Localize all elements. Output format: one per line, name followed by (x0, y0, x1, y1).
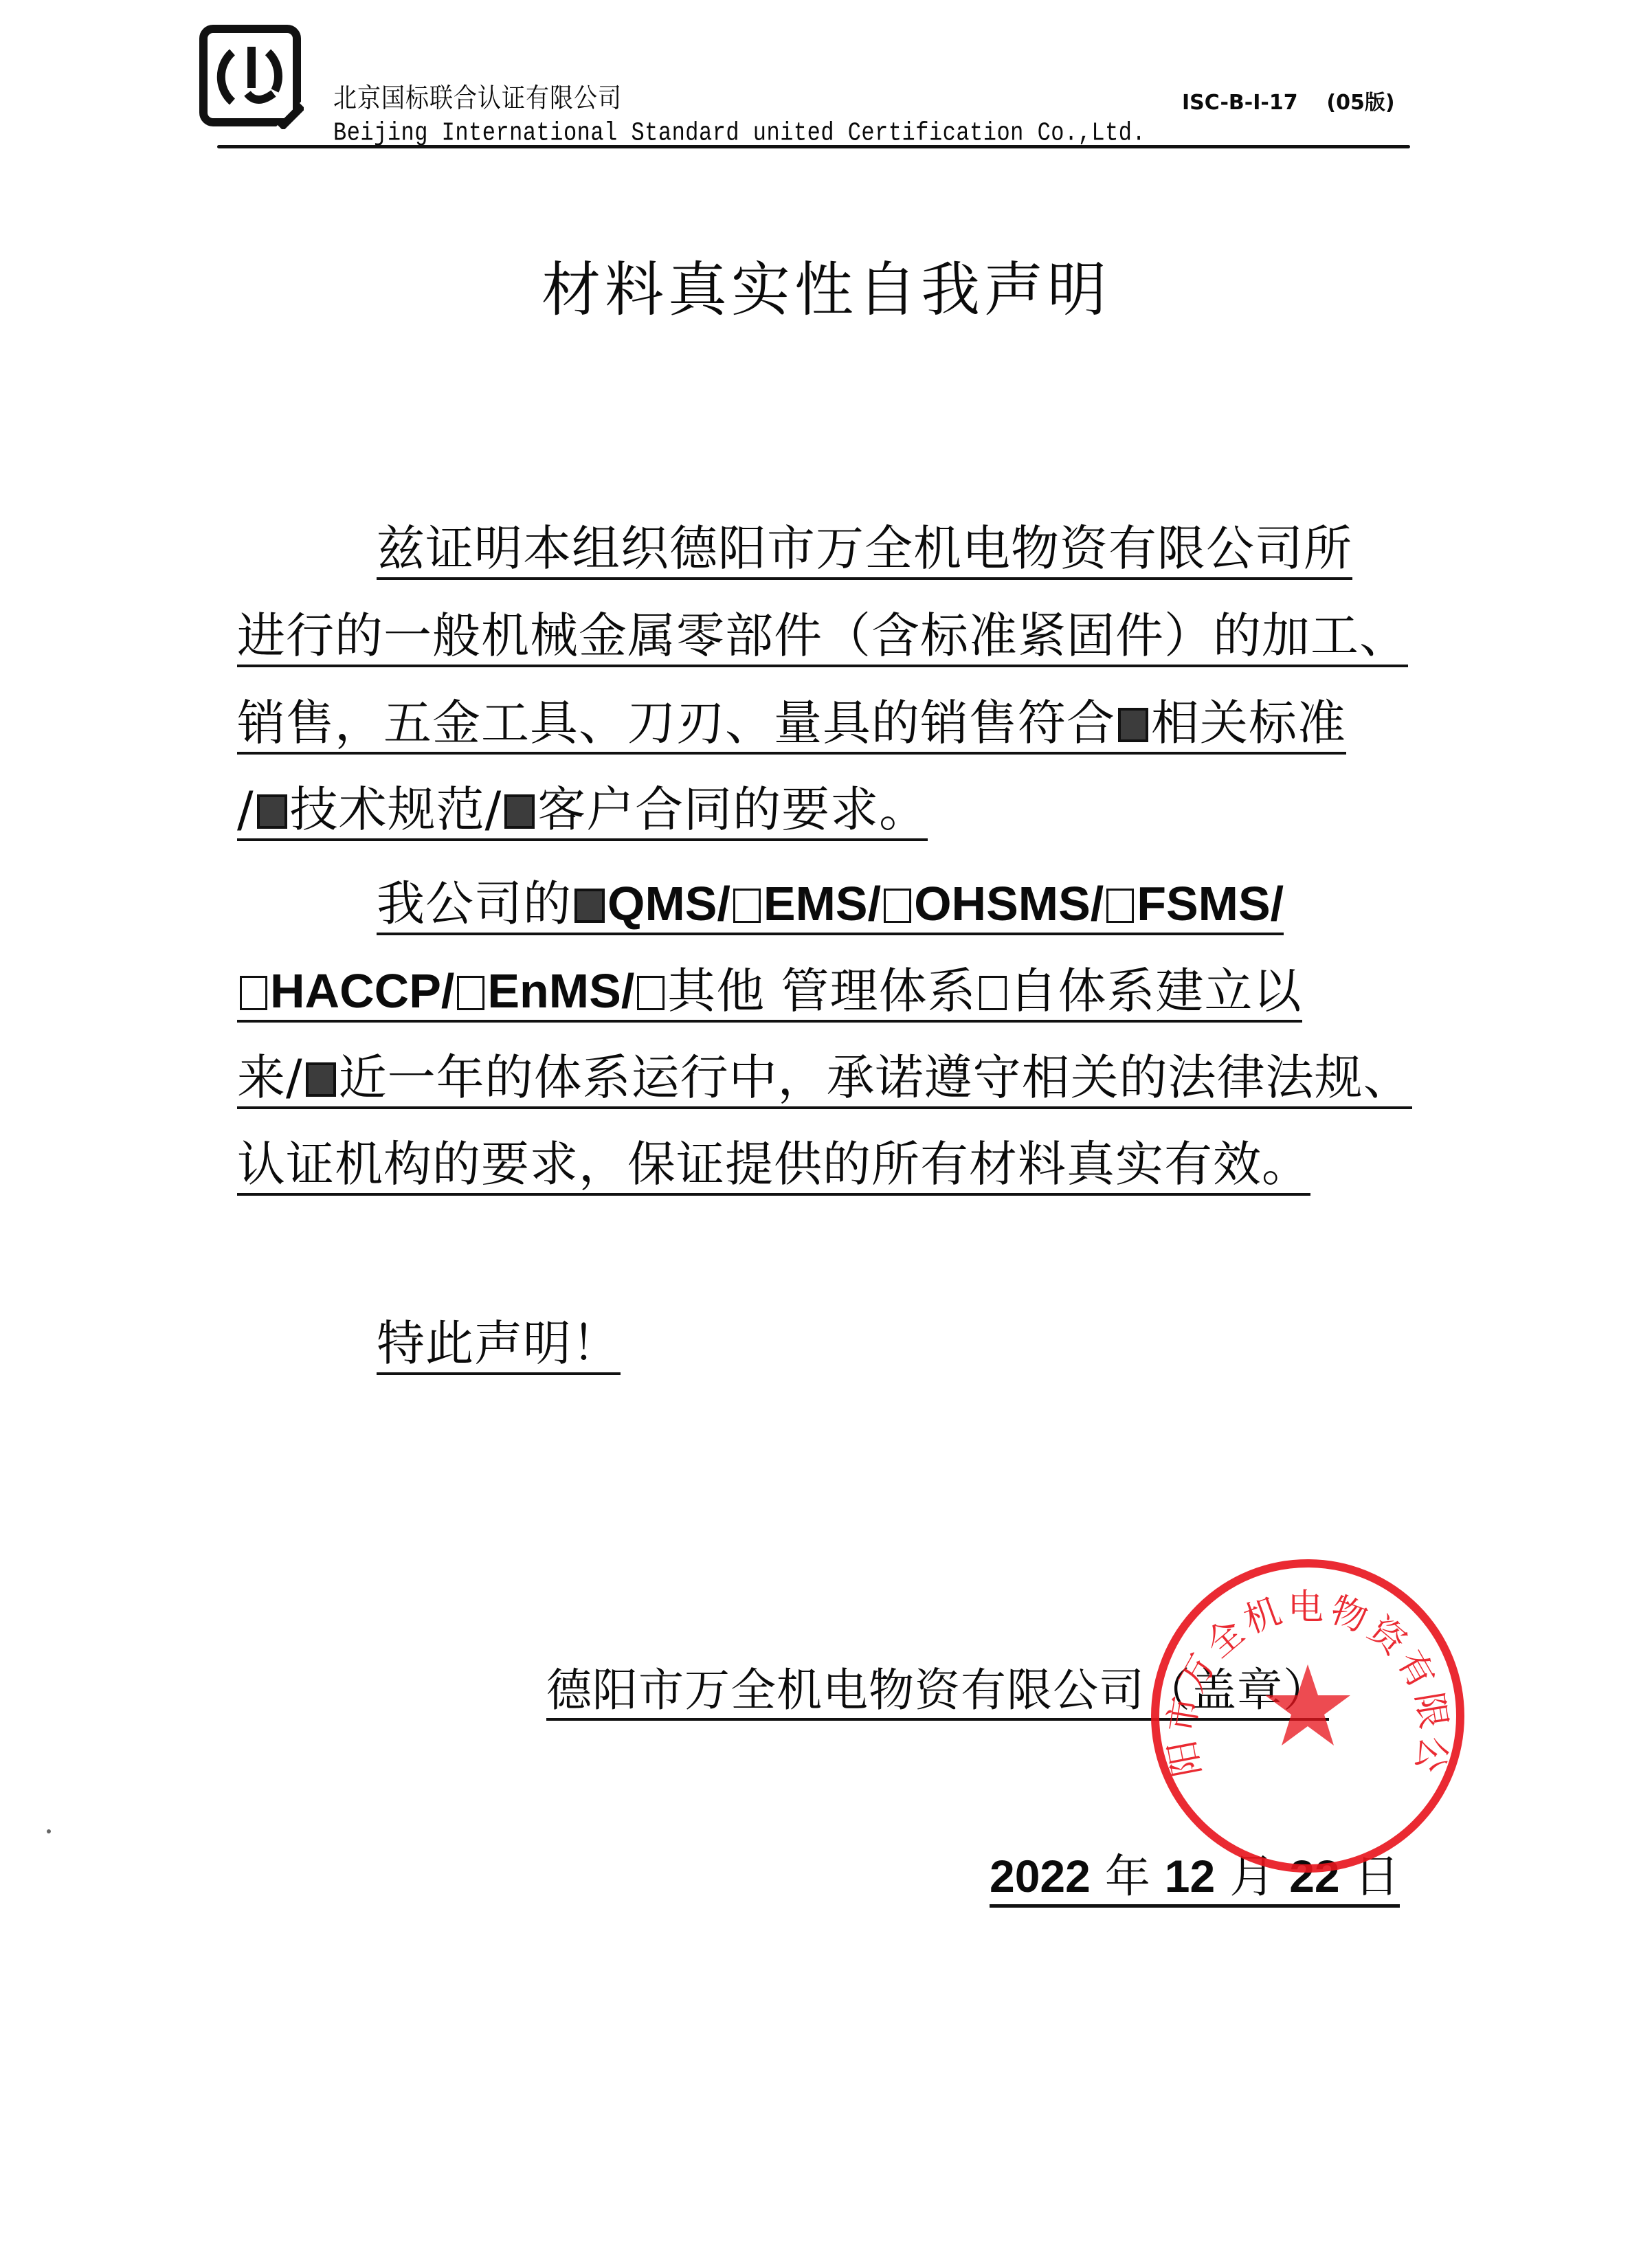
ems-label: EMS (763, 877, 868, 930)
technical-spec-label: 技术规范/ (290, 781, 502, 838)
checkbox-last-year[interactable] (306, 1062, 336, 1097)
management-system-label: 管理体系 (765, 963, 976, 1019)
ohsms-label: OHSMS (914, 877, 1091, 930)
bisc-logo-icon (199, 25, 304, 129)
other-label: 其他 (667, 963, 765, 1019)
slash-separator: / (1271, 877, 1284, 930)
checkbox-qms[interactable] (574, 889, 605, 923)
checkbox-related-standards[interactable] (1118, 708, 1148, 742)
date-day: 22 (1289, 1851, 1339, 1901)
doc-version: (05版) (1326, 91, 1394, 115)
related-standards-label: 相关标准 (1151, 695, 1346, 751)
checkbox-fsms[interactable] (1106, 889, 1134, 923)
date-month: 12 (1165, 1851, 1215, 1901)
date-year: 2022 (990, 1851, 1091, 1901)
signing-date: 2022 年 12 月 22 日 (990, 1849, 1400, 1908)
enms-label: EnMS (487, 964, 621, 1018)
checkbox-customer-contract[interactable] (504, 794, 535, 829)
slash-separator: / (1091, 877, 1104, 930)
checkbox-ems[interactable] (733, 889, 761, 923)
fsms-label: FSMS (1137, 877, 1270, 930)
org-name-cn: 北京国标联合认证有限公司 (333, 76, 622, 115)
letterhead: 北京国标联合认证有限公司 Beijing International Stand… (199, 25, 1416, 148)
checkbox-since-establishment[interactable] (979, 976, 1007, 1010)
doc-code-text: ISC-B-I-17 (1182, 91, 1298, 115)
customer-contract-label: 客户合同的要求。 (537, 781, 928, 838)
qms-label: QMS (607, 877, 717, 930)
para1-line3-text: 销售，五金工具、刀刃、量具的销售符合 (237, 695, 1115, 751)
para2-line2: HACCP/EnMS/其他 管理体系自体系建立以 (237, 963, 1302, 1023)
slash-separator: / (621, 964, 634, 1018)
slash-separator: / (441, 964, 454, 1018)
para2-line3: 来/近一年的体系运行中，承诺遵守相关的法律法规、 (237, 1050, 1412, 1109)
checkbox-enms[interactable] (457, 976, 484, 1010)
slash-separator: / (868, 877, 881, 930)
since-establishment-tail: 来/ (237, 1049, 303, 1106)
date-day-unit: 日 (1354, 1850, 1400, 1903)
slash-separator: / (717, 877, 730, 930)
header-divider (217, 145, 1410, 148)
para1-line4: /技术规范/客户合同的要求。 (237, 782, 928, 841)
document-title: 材料真实性自我声明 (0, 242, 1652, 327)
date-year-unit: 年 (1105, 1850, 1150, 1903)
para2-line1: 我公司的QMS/EMS/OHSMS/FSMS/ (377, 876, 1284, 935)
document-code: ISC-B-I-17 (05版) (1182, 85, 1416, 115)
para2-prefix: 我公司的 (377, 875, 572, 932)
checkbox-ohsms[interactable] (884, 889, 911, 923)
checkbox-other[interactable] (637, 976, 665, 1010)
para1-line2: 进行的一般机械金属零部件（含标准紧固件）的加工、 (237, 608, 1408, 667)
checkbox-haccp[interactable] (240, 976, 267, 1010)
para1-line3: 销售，五金工具、刀刃、量具的销售符合相关标准 (237, 695, 1346, 755)
date-month-unit: 月 (1229, 1850, 1275, 1903)
para2-line4: 认证机构的要求，保证提供的所有材料真实有效。 (237, 1137, 1310, 1196)
closing-statement: 特此声明！ (377, 1316, 621, 1375)
slash-separator: / (237, 781, 254, 838)
since-establishment-label: 自体系建立以 (1009, 963, 1302, 1019)
org-name-en: Beijing International Standard united Ce… (333, 118, 1146, 148)
para1-line1: 兹证明本组织德阳市万全机电物资有限公司所 (377, 521, 1352, 580)
checkbox-technical-spec[interactable] (257, 794, 287, 829)
signing-company: 德阳市万全机电物资有限公司（盖章） (546, 1663, 1329, 1721)
scan-speck (47, 1829, 51, 1833)
last-year-text: 近一年的体系运行中，承诺遵守相关的法律法规、 (339, 1049, 1412, 1106)
haccp-label: HACCP (270, 964, 441, 1018)
